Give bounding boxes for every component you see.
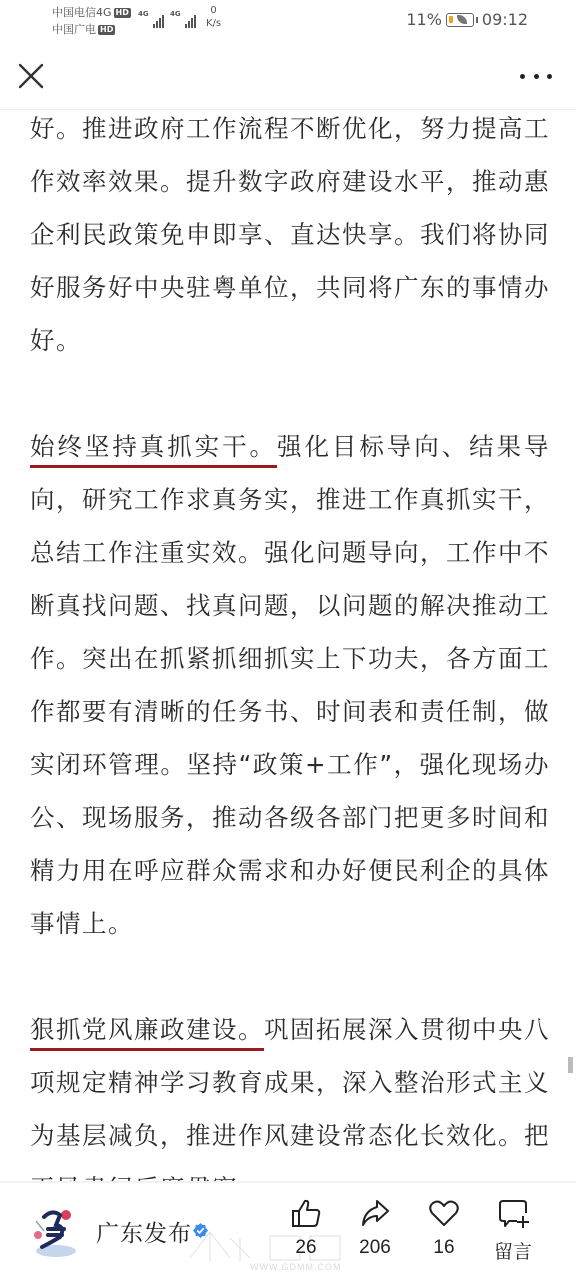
more-icon bbox=[520, 74, 525, 79]
battery-percent: 11% bbox=[406, 10, 442, 29]
publisher-name[interactable]: 广东发布 bbox=[96, 1215, 192, 1248]
like-button[interactable]: 26 bbox=[278, 1197, 334, 1259]
article-body: 好。推进政府工作流程不断优化，努力提高工作效率效果。提升数字政府建设水平，推动惠… bbox=[30, 111, 550, 1181]
close-icon bbox=[16, 61, 46, 91]
carrier-1-hd-badge: HD bbox=[114, 8, 131, 18]
comment-button[interactable]: 留言 bbox=[485, 1197, 541, 1264]
battery-icon bbox=[446, 13, 474, 27]
carrier-2-hd-badge: HD bbox=[98, 25, 115, 35]
scrollbar-thumb[interactable] bbox=[568, 1057, 573, 1073]
signal-2-icon: 4G bbox=[170, 10, 196, 28]
verified-badge-icon bbox=[193, 1223, 208, 1238]
article-paragraph: 始终坚持真抓实干。强化目标导向、结果导向，研究工作求真务实，推进工作真抓实干，总… bbox=[30, 420, 550, 950]
paragraph-text: 好。推进政府工作流程不断优化，努力提高工作效率效果。提升数字政府建设水平，推动惠… bbox=[30, 114, 550, 355]
thumbs-up-icon bbox=[290, 1197, 322, 1229]
signal-1-icon: 4G bbox=[138, 10, 164, 28]
status-bar: 中国电信4GHD 中国广电HD 4G 4G 0 K/s 11% 09:12 bbox=[0, 0, 576, 44]
carrier-2-name: 中国广电 bbox=[52, 23, 96, 36]
paragraph-text: 强化目标导向、结果导向，研究工作求真务实，推进工作真抓实干，总结工作注重实效。强… bbox=[30, 432, 550, 938]
carrier-1-name: 中国电信4G bbox=[52, 6, 112, 19]
like-count: 26 bbox=[278, 1237, 334, 1259]
heart-icon bbox=[428, 1197, 460, 1229]
paragraph-highlight-heading: 狠抓党风廉政建设。 bbox=[30, 1015, 264, 1051]
comment-add-icon bbox=[497, 1197, 529, 1229]
top-nav-bar bbox=[0, 44, 576, 110]
article-scroll-area[interactable]: 好。推进政府工作流程不断优化，努力提高工作效率效果。提升数字政府建设水平，推动惠… bbox=[0, 111, 576, 1181]
share-count: 206 bbox=[347, 1237, 403, 1259]
share-icon bbox=[359, 1197, 391, 1229]
favorite-count: 16 bbox=[416, 1237, 472, 1259]
network-speed: 0 K/s bbox=[206, 4, 221, 30]
favorite-button[interactable]: 16 bbox=[416, 1197, 472, 1259]
more-options-button[interactable] bbox=[520, 71, 552, 81]
article-paragraph: 好。推进政府工作流程不断优化，努力提高工作效率效果。提升数字政府建设水平，推动惠… bbox=[30, 111, 550, 367]
system-status: 11% 09:12 bbox=[406, 10, 528, 29]
signal-indicators: 4G 4G bbox=[138, 10, 196, 28]
share-button[interactable]: 206 bbox=[347, 1197, 403, 1259]
clock: 09:12 bbox=[482, 10, 528, 29]
article-paragraph: 狠抓党风廉政建设。巩固拓展深入贯彻中央八项规定精神学习教育成果，深入整治形式主义… bbox=[30, 1003, 550, 1181]
bottom-action-bar: 广东发布 WWW.GDMM.COM 26 206 16 bbox=[0, 1181, 576, 1280]
carrier-info: 中国电信4GHD 中国广电HD bbox=[52, 4, 131, 38]
comment-label: 留言 bbox=[485, 1237, 541, 1264]
publisher-logo[interactable] bbox=[30, 1203, 80, 1261]
paragraph-highlight-heading: 始终坚持真抓实干。 bbox=[30, 432, 277, 468]
close-button[interactable] bbox=[16, 61, 46, 91]
